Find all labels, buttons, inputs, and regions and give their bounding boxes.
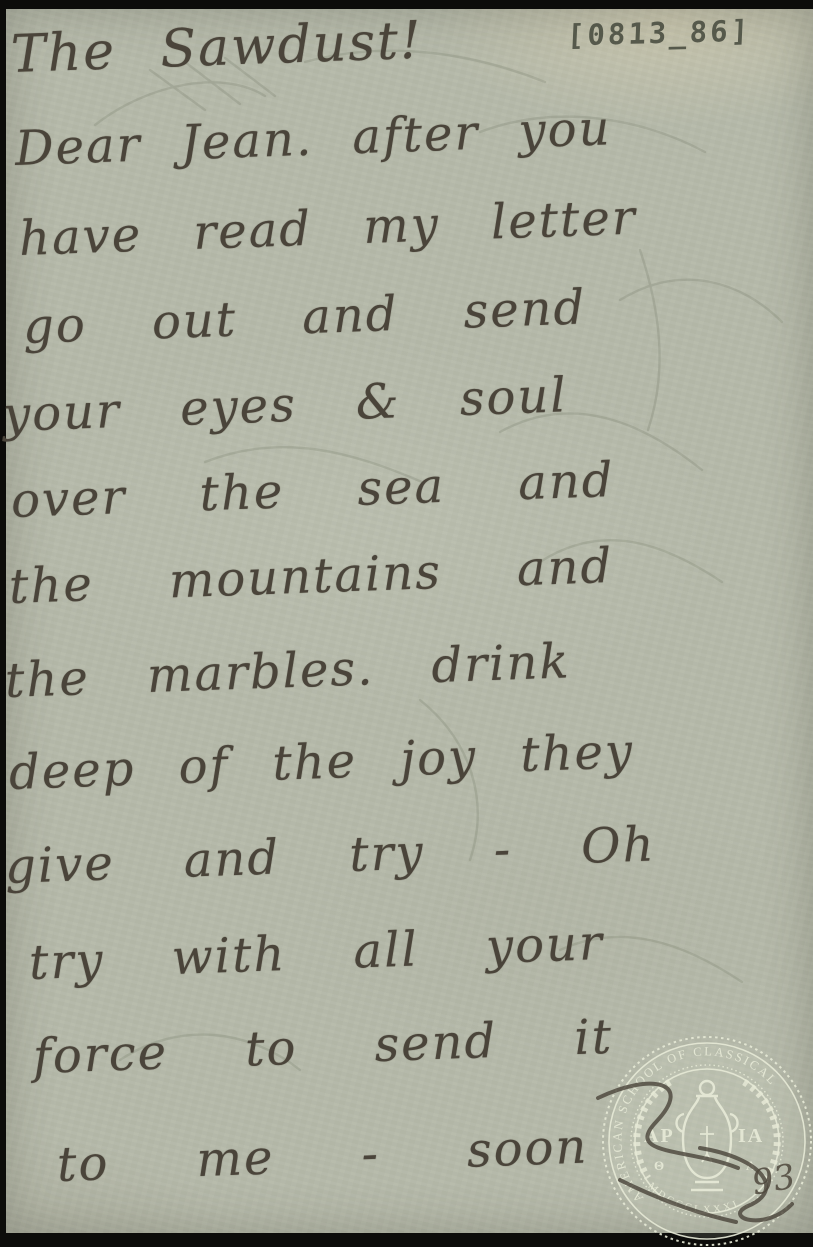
scanned-letter-page: { "document": { "archive_tag": "[0813_86… — [0, 0, 813, 1247]
handwriting-line: The Sawdust! — [10, 14, 424, 83]
embossed-seal: AMERICAN SCHOOL OF CLASSICAL STUDIES AT … — [596, 1030, 813, 1247]
seal-greek-left-small: Θ — [654, 1158, 664, 1173]
page-number: 93 — [749, 1157, 799, 1204]
seal-greek-right: ΙΑ — [738, 1125, 764, 1147]
seal-greek-left: ΑΡ — [644, 1125, 675, 1147]
archive-tag: [0813_86] — [566, 14, 752, 53]
